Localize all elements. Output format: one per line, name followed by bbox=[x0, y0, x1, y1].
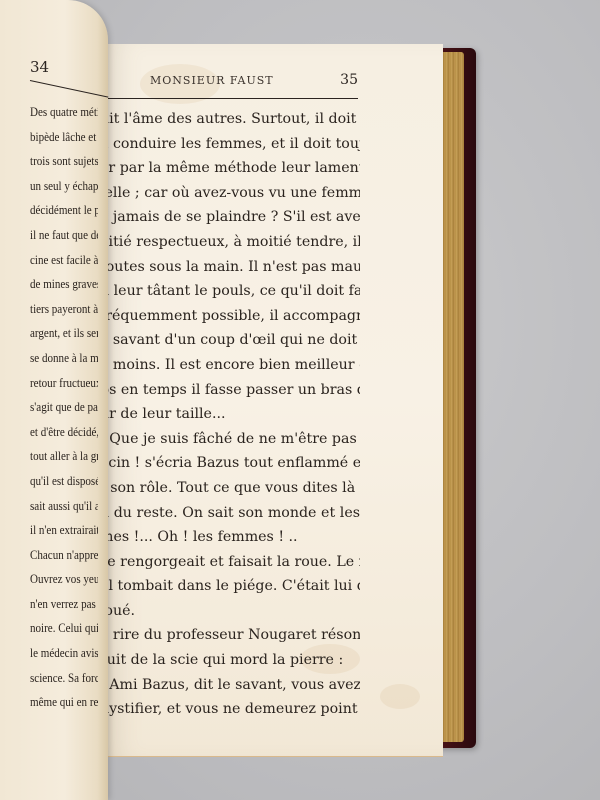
text-line: e moins. Il est encore bien meilleur que… bbox=[100, 353, 360, 378]
text-line: science. Sa force, c'es bbox=[30, 666, 98, 691]
text-line: al tombait dans le piége. C'était lui qu bbox=[100, 574, 360, 599]
text-line: s'agit que de paraître bbox=[30, 395, 98, 420]
text-line: - Ami Bazus, dit le savant, vous avez vo… bbox=[100, 673, 360, 698]
text-line: Ouvrez vos yeux de bbox=[30, 567, 98, 592]
text-line: tout aller à la grâce de bbox=[30, 444, 98, 469]
text-line: n'en verrez pas mieu bbox=[30, 592, 98, 617]
text-line: de mines graves et de bbox=[30, 272, 98, 297]
text-line: bipède lâche et féroce bbox=[30, 125, 98, 150]
foxing-stain bbox=[380, 684, 420, 709]
text-line: trois sont sujets à ce bbox=[30, 149, 98, 174]
text-line: n leur tâtant le pouls, ce qu'il doit fa… bbox=[100, 279, 360, 304]
text-line: argent, et ils seront con bbox=[30, 321, 98, 346]
text-line: er par la même méthode leur lamentation bbox=[100, 156, 360, 181]
text-line: décidément le plus sû bbox=[30, 198, 98, 223]
book-photo: MONSIEUR FAUST 35 uit l'âme des autres. … bbox=[0, 0, 600, 800]
text-line: ps en temps il fasse passer un bras disc… bbox=[100, 378, 360, 403]
header-rule bbox=[30, 80, 108, 98]
text-line: mes !... Oh ! les femmes ! .. bbox=[100, 525, 360, 550]
text-line: uit l'âme des autres. Surtout, il doit a… bbox=[100, 107, 360, 132]
text-line: se rengorgeait et faisait la roue. Le mé… bbox=[100, 550, 360, 575]
text-line: ruit de la scie qui mord la pierre : bbox=[100, 648, 360, 673]
left-page: 34 Des quatre métiers qu bipède lâche et… bbox=[0, 0, 108, 800]
text-line: ecin ! s'écria Bazus tout enflammé et ou… bbox=[100, 451, 360, 476]
text-line: noire. Celui qui sait p bbox=[30, 616, 98, 641]
text-line: il ne faut que de l'aisa bbox=[30, 223, 98, 248]
text-line: et d'être décidé, disant bbox=[30, 420, 98, 445]
text-line: toutes sous la main. Il n'est pas mauvai… bbox=[100, 255, 360, 280]
page-number: 35 bbox=[340, 72, 358, 88]
text-line: cine est facile à sa bbox=[30, 248, 98, 273]
text-line: e savant d'un coup d'œil qui ne doit pas bbox=[100, 328, 360, 353]
text-line: ur de leur taille... bbox=[100, 402, 360, 427]
text-line: qu'il est disposé à m bbox=[30, 469, 98, 494]
text-line: tiers payeront à leur bbox=[30, 297, 98, 322]
text-line: nystifier, et vous ne demeurez point le … bbox=[100, 697, 360, 722]
running-title: MONSIEUR FAUST bbox=[150, 74, 274, 87]
page-body-text: uit l'âme des autres. Surtout, il doit a… bbox=[100, 107, 360, 722]
text-line: le médecin avisé ! On l bbox=[30, 641, 98, 666]
text-line: même qui en remplit, p bbox=[30, 690, 98, 715]
text-line: joué. bbox=[100, 599, 360, 624]
left-page-text: Des quatre métiers qu bipède lâche et fé… bbox=[30, 100, 98, 715]
text-line: e jamais de se plaindre ? S'il est avec … bbox=[100, 205, 360, 230]
text-line: e rire du professeur Nougaret résonna pa… bbox=[100, 623, 360, 648]
text-line: à conduire les femmes, et il doit toujou… bbox=[100, 132, 360, 157]
text-line: oitié respectueux, à moitié tendre, il l… bbox=[100, 230, 360, 255]
text-line: il n'en extrairait que bbox=[30, 518, 98, 543]
gilt-page-edge bbox=[440, 52, 464, 742]
text-line: - Que je suis fâché de ne m'être pas fai… bbox=[100, 427, 360, 452]
text-line: fréquemment possible, il accompagne ce bbox=[100, 304, 360, 329]
text-line: Des quatre métiers qu bbox=[30, 100, 98, 125]
text-line: Chacun n'apprend que bbox=[30, 543, 98, 568]
text-line: retour fructueux sait le bbox=[30, 371, 98, 396]
text-line: sait aussi qu'il aurait bbox=[30, 494, 98, 519]
text-line: un seul y échappe, c'est bbox=[30, 174, 98, 199]
text-line: d du reste. On sait son monde et les bbox=[100, 501, 360, 526]
text-line: t son rôle. Tout ce que vous dites là se… bbox=[100, 476, 360, 501]
text-line: ielle ; car où avez-vous vu une femme qu… bbox=[100, 181, 360, 206]
page-header: MONSIEUR FAUST 35 bbox=[100, 72, 358, 99]
left-page-number: 34 bbox=[30, 58, 49, 76]
text-line: se donne à la médecine bbox=[30, 346, 98, 371]
